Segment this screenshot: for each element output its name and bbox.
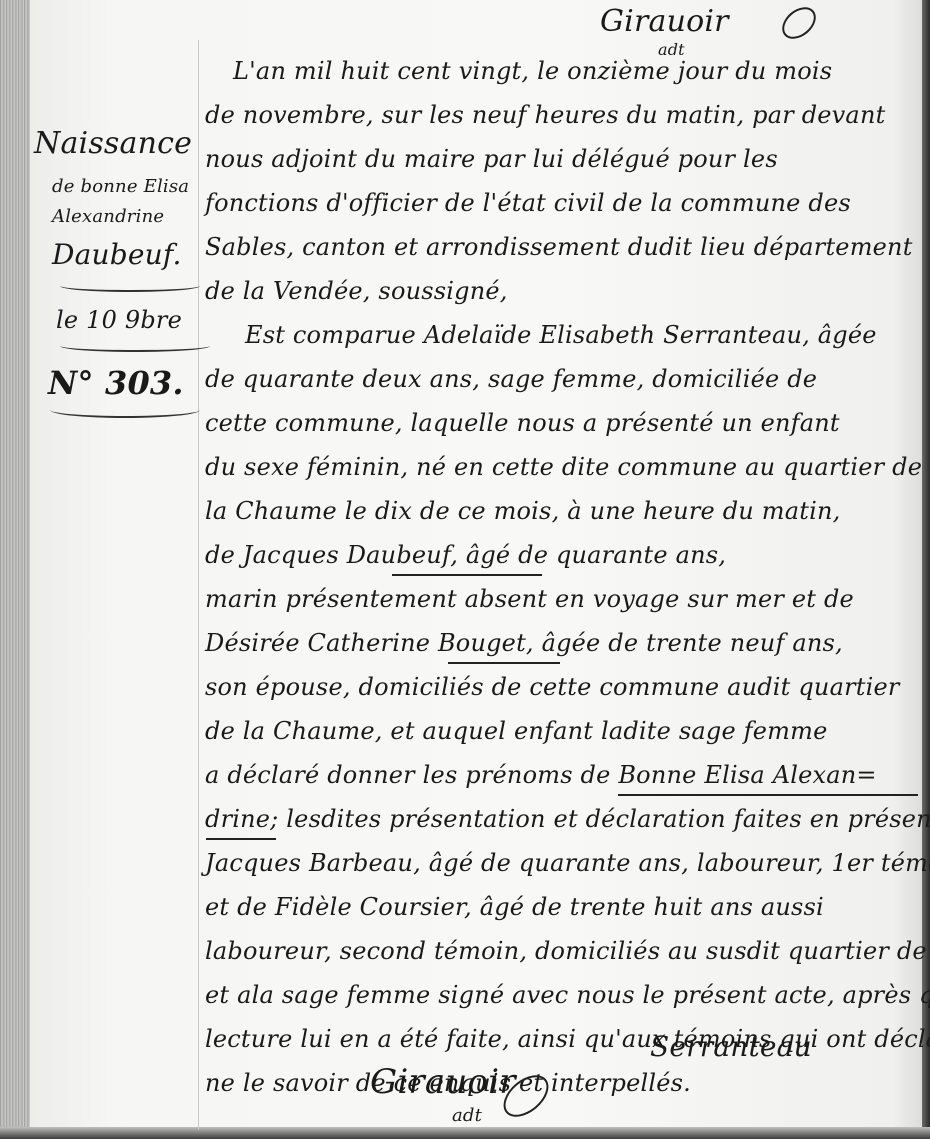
body-line: de Jacques Daubeuf, âgé de quarante ans, bbox=[205, 540, 726, 570]
margin-title: Naissance bbox=[34, 126, 192, 161]
official-signature: Girauoir bbox=[370, 1062, 516, 1102]
margin-given-names-2: Alexandrine bbox=[52, 206, 164, 227]
margin-given-names-1: de bonne Elisa bbox=[52, 176, 189, 197]
name-underline-bouget bbox=[448, 662, 560, 664]
body-line: nous adjoint du maire par lui délégué po… bbox=[205, 144, 778, 174]
body-line: Sables, canton et arrondissement dudit l… bbox=[205, 232, 913, 262]
name-underline-daubeuf bbox=[392, 574, 542, 576]
margin-flourish bbox=[60, 340, 210, 352]
margin-rule bbox=[198, 40, 199, 1130]
margin-flourish bbox=[50, 402, 200, 418]
body-line: de quarante deux ans, sage femme, domici… bbox=[205, 364, 817, 394]
header-signature: Girauoir bbox=[600, 4, 729, 39]
margin-surname: Daubeuf. bbox=[52, 238, 182, 271]
register-page: Girauoir adt Naissance de bonne Elisa Al… bbox=[0, 0, 930, 1139]
midwife-signature: Serranteau bbox=[650, 1030, 812, 1063]
book-binding-edge bbox=[0, 0, 30, 1139]
body-line: Est comparue Adelaïde Elisabeth Serrante… bbox=[245, 320, 877, 350]
body-line: de la Vendée, soussigné, bbox=[205, 276, 508, 306]
entry-number: N° 303. bbox=[48, 364, 184, 402]
body-line: Désirée Catherine Bouget, âgée de trente… bbox=[205, 628, 843, 658]
margin-flourish bbox=[60, 280, 200, 292]
name-underline-given-names bbox=[618, 794, 918, 796]
body-line: son épouse, domiciliés de cette commune … bbox=[205, 672, 900, 702]
body-line: du sexe féminin, né en cette dite commun… bbox=[205, 452, 922, 482]
body-line: marin présentement absent en voyage sur … bbox=[205, 584, 854, 614]
body-line: Jacques Barbeau, âgé de quarante ans, la… bbox=[205, 848, 930, 878]
body-line: L'an mil huit cent vingt, le onzième jou… bbox=[233, 56, 832, 86]
page-right-edge bbox=[922, 0, 930, 1139]
body-line: a déclaré donner les prénoms de Bonne El… bbox=[205, 760, 877, 790]
name-underline-given-names-cont bbox=[206, 838, 276, 840]
margin-date: le 10 9bre bbox=[56, 306, 182, 334]
signature-paraph-icon bbox=[776, 1, 822, 45]
body-line: de novembre, sur les neuf heures du mati… bbox=[205, 100, 885, 130]
body-line: drine; lesdites présentation et déclarat… bbox=[205, 804, 930, 834]
body-line: laboureur, second témoin, domiciliés au … bbox=[205, 936, 930, 966]
body-line: et de Fidèle Coursier, âgé de trente hui… bbox=[205, 892, 824, 922]
body-line: lecture lui en a été faite, ainsi qu'aux… bbox=[205, 1024, 930, 1054]
body-line: fonctions d'officier de l'état civil de … bbox=[205, 188, 851, 218]
official-signature-sub: adt bbox=[452, 1105, 482, 1126]
page-bottom-edge bbox=[0, 1127, 930, 1139]
body-line: la Chaume le dix de ce mois, à une heure… bbox=[205, 496, 840, 526]
body-line: cette commune, laquelle nous a présenté … bbox=[205, 408, 840, 438]
body-line: et ala sage femme signé avec nous le pré… bbox=[205, 980, 930, 1010]
body-line: de la Chaume, et auquel enfant ladite sa… bbox=[205, 716, 828, 746]
